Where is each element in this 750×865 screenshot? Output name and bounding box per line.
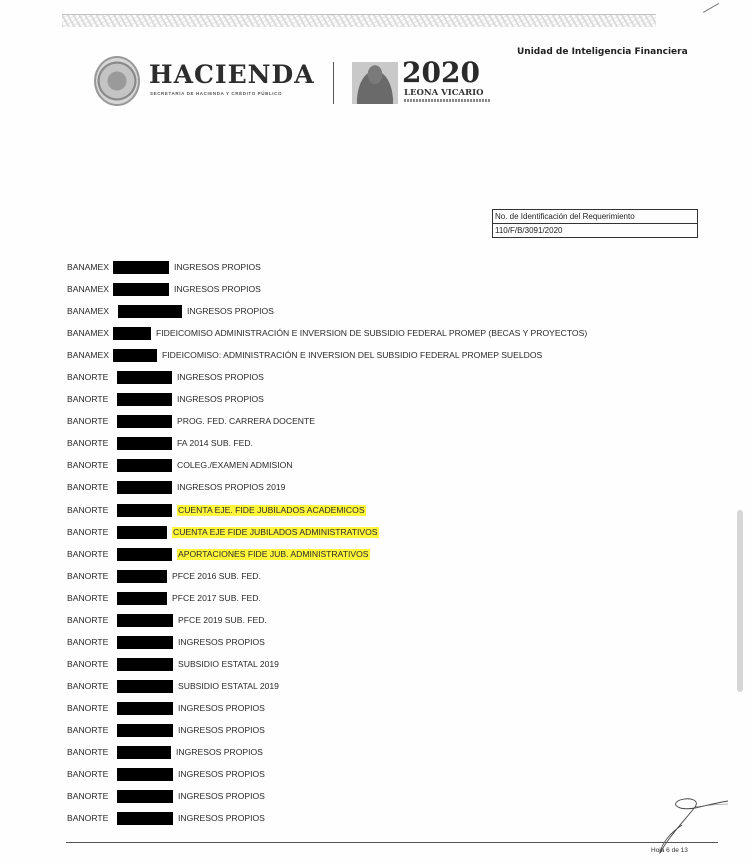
bank-name: BANORTE xyxy=(67,372,108,383)
table-row: BANORTESUBSIDIO ESTATAL 2019 xyxy=(67,681,707,703)
redacted-account-number xyxy=(117,437,172,450)
table-row: BANORTEPFCE 2019 SUB. FED. xyxy=(67,615,707,637)
bank-name: BANAMEX xyxy=(67,262,109,273)
account-list: BANAMEXINGRESOS PROPIOSBANAMEXINGRESOS P… xyxy=(67,262,707,835)
table-row: BANORTEFA 2014 SUB. FED. xyxy=(67,438,707,460)
table-row: BANORTEAPORTACIONES FIDE JUB. ADMINISTRA… xyxy=(67,549,707,571)
table-row: BANORTESUBSIDIO ESTATAL 2019 xyxy=(67,659,707,681)
redacted-account-number xyxy=(117,790,173,803)
redacted-account-number xyxy=(117,481,172,494)
account-description: INGRESOS PROPIOS xyxy=(177,372,264,383)
decorative-top-band xyxy=(62,14,656,27)
table-row: BANORTEINGRESOS PROPIOS xyxy=(67,747,707,769)
table-row: BANAMEXFIDEICOMISO ADMINISTRACIÓN E INVE… xyxy=(67,328,707,350)
redacted-account-number xyxy=(117,570,167,583)
redacted-account-number xyxy=(117,724,173,737)
account-description: INGRESOS PROPIOS 2019 xyxy=(177,482,285,493)
bank-name: BANORTE xyxy=(67,571,108,582)
bank-name: BANORTE xyxy=(67,703,108,714)
account-description: FIDEICOMISO: ADMINISTRACIÓN E INVERSION … xyxy=(162,350,542,361)
leona-vicario-portrait xyxy=(352,62,398,104)
table-row: BANORTECUENTA EJE FIDE JUBILADOS ADMINIS… xyxy=(67,527,707,549)
account-description: PFCE 2017 SUB. FED. xyxy=(172,593,261,604)
account-description: INGRESOS PROPIOS xyxy=(178,703,265,714)
redacted-account-number xyxy=(117,746,171,759)
hacienda-logo-title: HACIENDA xyxy=(149,60,315,89)
account-description: COLEG./EXAMEN ADMISION xyxy=(177,460,293,471)
footer-rule xyxy=(66,842,718,843)
account-description: SUBSIDIO ESTATAL 2019 xyxy=(178,659,279,670)
bank-name: BANORTE xyxy=(67,681,108,692)
page-number: Hoja 6 de 13 xyxy=(651,847,688,854)
redacted-account-number xyxy=(117,371,172,384)
highlighted-account-description: CUENTA EJE. FIDE JUBILADOS ACADEMICOS xyxy=(177,505,366,516)
redacted-account-number xyxy=(117,812,173,825)
redacted-account-number xyxy=(117,415,172,428)
account-description: PROG. FED. CARRERA DOCENTE xyxy=(177,416,315,427)
bank-name: BANORTE xyxy=(67,482,108,493)
redacted-account-number xyxy=(113,327,151,340)
table-row: BANORTEINGRESOS PROPIOS xyxy=(67,769,707,791)
account-description: INGRESOS PROPIOS xyxy=(178,769,265,780)
redacted-account-number xyxy=(117,526,167,539)
table-row: BANAMEXINGRESOS PROPIOS xyxy=(67,262,707,284)
redacted-account-number xyxy=(117,636,173,649)
table-row: BANORTEPROG. FED. CARRERA DOCENTE xyxy=(67,416,707,438)
account-description: INGRESOS PROPIOS xyxy=(178,813,265,824)
table-row: BANORTEPFCE 2016 SUB. FED. xyxy=(67,571,707,593)
requirement-id-box: No. de Identificación del Requerimiento … xyxy=(492,209,698,238)
account-description: SUBSIDIO ESTATAL 2019 xyxy=(178,681,279,692)
bank-name: BANORTE xyxy=(67,593,108,604)
account-description: INGRESOS PROPIOS xyxy=(176,747,263,758)
highlighted-account-description: APORTACIONES FIDE JUB. ADMINISTRATIVOS xyxy=(177,549,370,560)
account-description: INGRESOS PROPIOS xyxy=(178,725,265,736)
bank-name: BANORTE xyxy=(67,769,108,780)
account-description: PFCE 2019 SUB. FED. xyxy=(178,615,267,626)
bank-name: BANORTE xyxy=(67,813,108,824)
bank-name: BANORTE xyxy=(67,438,108,449)
table-row: BANAMEXINGRESOS PROPIOS xyxy=(67,306,707,328)
redacted-account-number xyxy=(117,702,173,715)
account-description: INGRESOS PROPIOS xyxy=(178,637,265,648)
bank-name: BANORTE xyxy=(67,791,108,802)
account-description: INGRESOS PROPIOS xyxy=(178,791,265,802)
signature xyxy=(640,795,730,855)
table-row: BANORTEINGRESOS PROPIOS xyxy=(67,725,707,747)
redacted-account-number xyxy=(113,261,169,274)
bank-name: BANORTE xyxy=(67,615,108,626)
bank-name: BANORTE xyxy=(67,659,108,670)
document-page: HACIENDA SECRETARÍA DE HACIENDA Y CRÉDIT… xyxy=(0,0,750,865)
bank-name: BANAMEX xyxy=(67,284,109,295)
redacted-account-number xyxy=(113,349,157,362)
year-logo-tagline xyxy=(404,99,490,102)
account-description: FA 2014 SUB. FED. xyxy=(177,438,253,449)
account-description: INGRESOS PROPIOS xyxy=(187,306,274,317)
table-row: BANORTECUENTA EJE. FIDE JUBILADOS ACADEM… xyxy=(67,505,707,527)
bank-name: BANORTE xyxy=(67,549,108,560)
bank-name: BANORTE xyxy=(67,725,108,736)
account-description: INGRESOS PROPIOS xyxy=(174,284,261,295)
table-row: BANORTEINGRESOS PROPIOS xyxy=(67,372,707,394)
redacted-account-number xyxy=(117,504,172,517)
bank-name: BANORTE xyxy=(67,747,108,758)
redacted-account-number xyxy=(117,592,167,605)
redacted-account-number xyxy=(117,459,172,472)
account-description: INGRESOS PROPIOS xyxy=(174,262,261,273)
hacienda-logo-subtitle: SECRETARÍA DE HACIENDA Y CRÉDITO PÚBLICO xyxy=(150,91,282,96)
requirement-id-value: 110/F/B/3091/2020 xyxy=(493,223,697,237)
redacted-account-number xyxy=(117,680,173,693)
year-logo-name: LEONA VICARIO xyxy=(404,88,484,98)
bank-name: BANORTE xyxy=(67,637,108,648)
redacted-account-number xyxy=(117,768,173,781)
bank-name: BANORTE xyxy=(67,527,108,538)
bank-name: BANORTE xyxy=(67,505,108,516)
logo-divider xyxy=(333,62,334,104)
corner-mark xyxy=(699,0,719,13)
year-logo: 2020 xyxy=(402,56,480,89)
highlighted-account-description: CUENTA EJE FIDE JUBILADOS ADMINISTRATIVO… xyxy=(172,527,379,538)
redacted-account-number xyxy=(117,548,172,561)
table-row: BANORTEINGRESOS PROPIOS 2019 xyxy=(67,482,707,504)
unit-name: Unidad de Inteligencia Financiera xyxy=(517,47,688,57)
bank-name: BANAMEX xyxy=(67,328,109,339)
redacted-account-number xyxy=(117,393,172,406)
table-row: BANAMEXFIDEICOMISO: ADMINISTRACIÓN E INV… xyxy=(67,350,707,372)
bank-name: BANORTE xyxy=(67,394,108,405)
table-row: BANORTEINGRESOS PROPIOS xyxy=(67,394,707,416)
table-row: BANORTEINGRESOS PROPIOS xyxy=(67,791,707,813)
account-description: INGRESOS PROPIOS xyxy=(177,394,264,405)
bank-name: BANORTE xyxy=(67,460,108,471)
table-row: BANORTEINGRESOS PROPIOS xyxy=(67,637,707,659)
bank-name: BANORTE xyxy=(67,416,108,427)
requirement-id-label: No. de Identificación del Requerimiento xyxy=(493,210,697,223)
table-row: BANORTEINGRESOS PROPIOS xyxy=(67,703,707,725)
table-row: BANORTEINGRESOS PROPIOS xyxy=(67,813,707,835)
account-description: FIDEICOMISO ADMINISTRACIÓN E INVERSION D… xyxy=(156,328,587,339)
bank-name: BANAMEX xyxy=(67,306,109,317)
bank-name: BANAMEX xyxy=(67,350,109,361)
national-seal-logo xyxy=(94,56,140,106)
table-row: BANORTECOLEG./EXAMEN ADMISION xyxy=(67,460,707,482)
redacted-account-number xyxy=(117,614,173,627)
scrollbar-thumb[interactable] xyxy=(737,510,743,692)
table-row: BANAMEXINGRESOS PROPIOS xyxy=(67,284,707,306)
table-row: BANORTEPFCE 2017 SUB. FED. xyxy=(67,593,707,615)
account-description: PFCE 2016 SUB. FED. xyxy=(172,571,261,582)
redacted-account-number xyxy=(113,283,169,296)
redacted-account-number xyxy=(117,658,173,671)
redacted-account-number xyxy=(118,305,182,318)
